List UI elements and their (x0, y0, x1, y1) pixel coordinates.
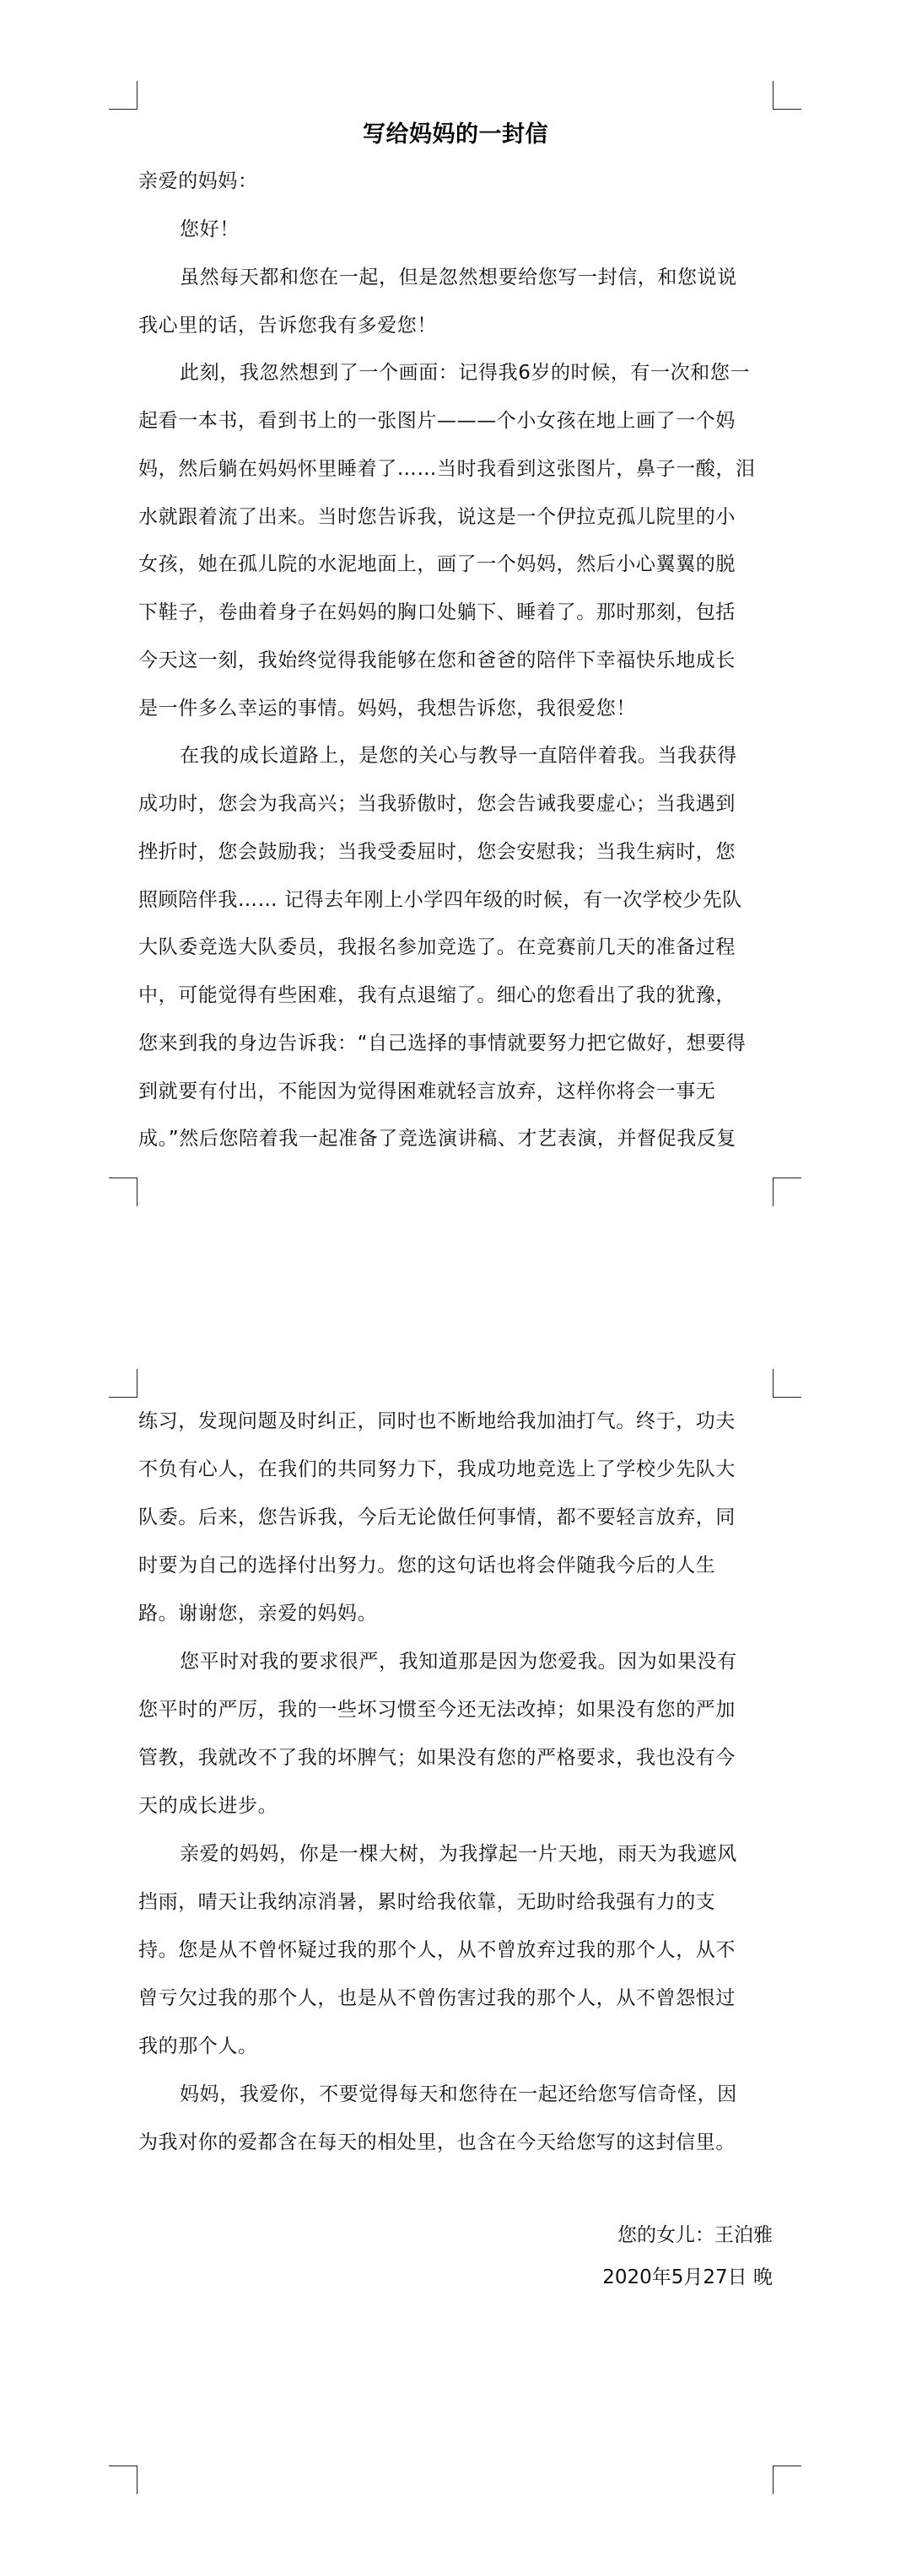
document-title: 写给妈妈的一封信 (0, 118, 911, 152)
body-line: 在我的成长道路上，是您的关心与教导一直陪伴着我。当我获得 (180, 741, 821, 770)
body-line: 您好！ (180, 215, 821, 244)
body-line: 天的成长进步。 (138, 1792, 779, 1820)
page1-corner-bottom-left (109, 1178, 137, 1206)
body-line: 亲爱的妈妈，你是一棵大树，为我撑起一片天地，雨天为我遮风 (180, 1840, 821, 1868)
body-line: 您平时对我的要求很严，我知道那是因为您爱我。因为如果没有 (180, 1647, 821, 1676)
body-line: 曾亏欠过我的那个人，也是从不曾伤害过我的那个人，从不曾怨恨过 (138, 1984, 779, 2013)
body-line: 下鞋子，卷曲着身子在妈妈的胸口处躺下、睡着了。那时那刻，包括 (138, 598, 779, 627)
body-line: 管教，我就改不了我的坏脾气；如果没有您的严格要求，我也没有今 (138, 1743, 779, 1772)
body-line: 女孩，她在孤儿院的水泥地面上，画了一个妈妈，然后小心翼翼的脱 (138, 550, 779, 579)
date: 2020年5月27日 晚 (602, 2263, 773, 2292)
body-line: 持。您是从不曾怀疑过我的那个人，从不曾放弃过我的那个人，从不 (138, 1936, 779, 1964)
body-line: 今天这一刻，我始终觉得我能够在您和爸爸的陪伴下幸福快乐地成长 (138, 646, 779, 675)
body-line: 我心里的话，告诉您我有多爱您！ (138, 311, 779, 340)
body-line: 练习，发现问题及时纠正，同时也不断地给我加油打气。终于，功夫 (138, 1407, 779, 1436)
body-line: 挫折时，您会鼓励我；当我受委屈时，您会安慰我；当我生病时，您 (138, 838, 779, 866)
page1-corner-top-right (773, 81, 801, 110)
page2-corner-bottom-left (109, 2466, 137, 2494)
body-line: 到就要有付出，不能因为觉得困难就轻言放弃，这样你将会一事无 (138, 1077, 779, 1106)
body-line: 为我对你的爱都含在每天的相处里，也含在今天给您写的这封信里。 (138, 2128, 779, 2157)
signature: 您的女儿：王泊雅 (617, 2221, 773, 2250)
body-line: 虽然每天都和您在一起，但是忽然想要给您写一封信，和您说说 (180, 263, 821, 292)
page2-corner-top-left (109, 1369, 137, 1398)
body-line: 您来到我的身边告诉我：“自己选择的事情就要努力把它做好，想要得 (138, 1029, 779, 1058)
body-line: 成功时，您会为我高兴；当我骄傲时，您会告诫我要虚心；当我遇到 (138, 790, 779, 818)
body-line: 我的那个人。 (138, 2032, 779, 2061)
body-line: 是一件多么幸运的事情。妈妈，我想告诉您，我很爱您！ (138, 694, 779, 723)
body-line: 中，可能觉得有些困难，我有点退缩了。细心的您看出了我的犹豫， (138, 981, 779, 1010)
body-line: 水就跟着流了出来。当时您告诉我，说这是一个伊拉克孤儿院里的小 (138, 503, 779, 531)
body-line: 妈妈，我爱你，不要觉得每天和您待在一起还给您写信奇怪，因 (180, 2080, 821, 2109)
body-line: 此刻，我忽然想到了一个画面：记得我6岁的时候，有一次和您一 (180, 358, 821, 387)
body-line: 挡雨，晴天让我纳凉消暑，累时给我依靠，无助时给我强有力的支 (138, 1888, 779, 1916)
page2-corner-bottom-right (773, 2466, 801, 2494)
body-line: 您平时的严厉，我的一些坏习惯至今还无法改掉；如果没有您的严加 (138, 1695, 779, 1724)
page1-corner-top-left (109, 81, 137, 110)
body-line: 队委。后来，您告诉我，今后无论做任何事情，都不要轻言放弃，同 (138, 1503, 779, 1532)
salutation: 亲爱的妈妈： (138, 167, 779, 196)
body-line: 成。”然后您陪着我一起准备了竞选演讲稿、才艺表演，并督促我反复 (138, 1124, 779, 1153)
body-line: 大队委竞选大队委员，我报名参加竞选了。在竞赛前几天的准备过程 (138, 933, 779, 962)
body-line: 妈，然后躺在妈妈怀里睡着了……当时我看到这张图片，鼻子一酸，泪 (138, 455, 779, 483)
body-line: 时要为自己的选择付出努力。您的这句话也将会伴随我今后的人生 (138, 1551, 779, 1580)
body-line: 照顾陪伴我…… 记得去年刚上小学四年级的时候，有一次学校少先队 (138, 886, 779, 914)
body-line: 起看一本书，看到书上的一张图片———个小女孩在地上画了一个妈 (138, 407, 779, 435)
page1-corner-bottom-right (773, 1178, 801, 1206)
body-line: 路。谢谢您，亲爱的妈妈。 (138, 1599, 779, 1628)
page2-corner-top-right (773, 1369, 801, 1398)
body-line: 不负有心人，在我们的共同努力下，我成功地竞选上了学校少先队大 (138, 1455, 779, 1484)
